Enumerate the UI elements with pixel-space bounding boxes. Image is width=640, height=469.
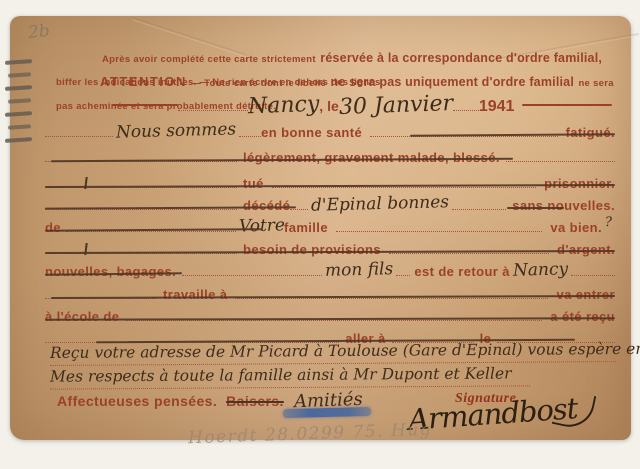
dotted-leader: [396, 261, 410, 276]
handwritten-message-line-1: Reçu votre adresse de Mr Picard à Toulou…: [50, 340, 616, 366]
dotted-leader: [45, 122, 113, 137]
attention-text: — Toute carte dont le libellé: [191, 78, 326, 89]
form-row-ecole: à l'école de a été reçu: [45, 306, 615, 328]
dotted-leader: [506, 147, 615, 162]
dotted-leader: [239, 122, 261, 137]
handwritten-epinal-bonnes: d'Epinal bonnes: [308, 192, 452, 216]
printed-le-label: , le: [319, 98, 338, 114]
instruction-text-bold: réservée à la correspondance d'ordre fam…: [320, 51, 602, 65]
handwritten-nous-sommes: Nous sommes: [113, 119, 240, 142]
handwritten-question-mark: ?: [602, 215, 615, 230]
dotted-leader: [571, 261, 615, 276]
printed-a-lecole-de: à l'école de: [45, 309, 119, 324]
printed-est-de-retour: est de retour à: [414, 264, 510, 279]
printed-travaille-a: travaille à: [163, 287, 227, 302]
printed-nouvelles: nouvelles.: [547, 198, 615, 213]
dotted-leader: [336, 217, 542, 232]
form-row-sante: Nous sommes en bonne santé fatigué.: [45, 122, 615, 144]
form-row-provisions: besoin de provisions d'argent.: [45, 239, 615, 261]
handwritten-votre: Votre: [236, 215, 288, 236]
instruction-text: Après avoir complété cette carte stricte…: [102, 54, 316, 65]
printed-va-bien: va bien.: [550, 220, 602, 235]
printed-nouvelles-bagages: nouvelles, bagages.: [45, 264, 176, 279]
scanned-postcard: 2b Après avoir complété cette carte stri…: [0, 0, 640, 469]
dotted-leader: [178, 96, 248, 111]
form-row-malade: légèrement, gravement malade, blessé.: [45, 147, 615, 169]
handwritten-nancy: Nancy: [510, 259, 572, 281]
printed-famille: famille: [284, 220, 328, 235]
form-row-decede: décédé d'Epinal bonnes sans nouvelles.: [45, 195, 615, 217]
pencil-corner-note: 2b: [27, 21, 51, 43]
form-row-tue: tué prisonnier.: [45, 173, 615, 195]
postmark-cancellation-bars: [5, 60, 32, 151]
attention-label: ATTENTION: [100, 74, 187, 89]
handwritten-city: Nancy: [248, 92, 320, 119]
printed-affectueuses-pensees: Affectueuses pensées.: [57, 393, 217, 409]
dotted-leader: [182, 261, 322, 276]
dotted-leader: [453, 96, 479, 111]
handwritten-message-line-2: Mes respects à toute la famille ainsi à …: [50, 364, 530, 389]
printed-besoin-provisions: besoin de provisions: [243, 242, 381, 257]
printed-en-bonne-sante: en bonne santé: [261, 125, 362, 140]
form-row-famille: de Votre famille va bien. ?: [45, 217, 615, 239]
dotted-leader: [452, 195, 506, 210]
pen-strikethrough: [507, 207, 564, 209]
form-row-travaille: travaille à va entrer: [45, 284, 615, 306]
printed-year: 1941: [479, 98, 515, 116]
printed-de: de: [45, 220, 61, 235]
printed-sans: sans: [512, 198, 543, 213]
printed-rule: [112, 104, 178, 106]
date-line: Nancy , le 30 Janvier 1941: [112, 92, 612, 117]
printed-rule: [522, 104, 612, 106]
printed-tue: tué: [243, 176, 264, 191]
attention-text-bold: ne sera pas uniquement d'ordre familial: [331, 75, 574, 89]
form-row-retour: nouvelles, bagages. mon fils est de reto…: [45, 261, 615, 283]
handwritten-mon-fils: mon fils: [322, 259, 397, 281]
printed-baisers-struck: Baisers.: [226, 393, 284, 409]
handwritten-date: 30 Janvier: [338, 91, 453, 120]
